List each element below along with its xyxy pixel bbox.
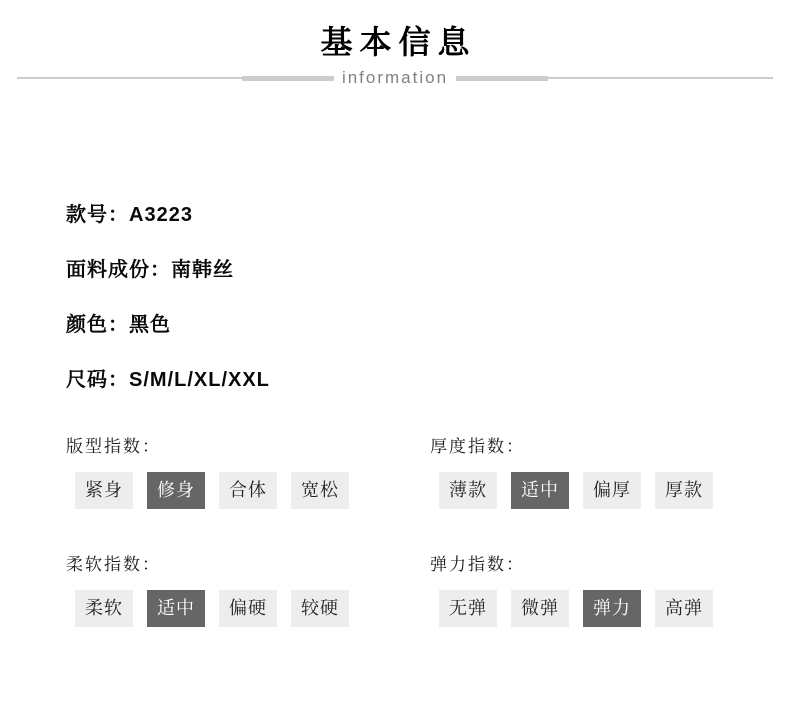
thickness-index-options: 薄款 适中 偏厚 厚款 (439, 472, 750, 509)
elasticity-index-options: 无弹 微弹 弹力 高弹 (439, 590, 750, 627)
section-title: 基本信息 (0, 22, 790, 62)
option-medium-softness[interactable]: 适中 (147, 590, 205, 627)
softness-index-group: 柔软指数： 柔软 适中 偏硬 较硬 (66, 555, 430, 627)
option-medium-thickness[interactable]: 适中 (511, 472, 569, 509)
option-thin[interactable]: 薄款 (439, 472, 497, 509)
fit-index-group: 版型指数： 紧身 修身 合体 宽松 (66, 437, 430, 509)
option-thick[interactable]: 厚款 (655, 472, 713, 509)
field-value: S/M/L/XL/XXL (129, 369, 270, 391)
option-regular-fit[interactable]: 合体 (219, 472, 277, 509)
field-value: 南韩丝 (171, 259, 234, 281)
softness-index-label: 柔软指数： (66, 555, 430, 575)
elasticity-index-label: 弹力指数： (430, 555, 750, 575)
option-stretch[interactable]: 弹力 (583, 590, 641, 627)
fit-index-label: 版型指数： (66, 437, 430, 457)
softness-index-options: 柔软 适中 偏硬 较硬 (75, 590, 430, 627)
elasticity-index-group: 弹力指数： 无弹 微弹 弹力 高弹 (430, 555, 750, 627)
option-loose[interactable]: 宽松 (291, 472, 349, 509)
product-specs: 款号：A3223 面料成份：南韩丝 颜色：黑色 尺码：S/M/L/XL/XXL … (0, 204, 790, 627)
field-style-number: 款号：A3223 (66, 204, 750, 226)
divider-bar-left (242, 76, 334, 81)
field-value: A3223 (129, 204, 193, 226)
field-size: 尺码：S/M/L/XL/XXL (66, 369, 750, 391)
option-slight-stretch[interactable]: 微弹 (511, 590, 569, 627)
header-divider: information (17, 68, 773, 88)
section-header: 基本信息 information (0, 0, 790, 88)
option-hard[interactable]: 较硬 (291, 590, 349, 627)
option-slim[interactable]: 修身 (147, 472, 205, 509)
field-label: 面料成份： (66, 259, 171, 281)
option-high-stretch[interactable]: 高弹 (655, 590, 713, 627)
thickness-index-group: 厚度指数： 薄款 适中 偏厚 厚款 (430, 437, 750, 509)
option-tight[interactable]: 紧身 (75, 472, 133, 509)
option-soft[interactable]: 柔软 (75, 590, 133, 627)
field-label: 款号： (66, 204, 129, 226)
option-slightly-thick[interactable]: 偏厚 (583, 472, 641, 509)
option-slightly-hard[interactable]: 偏硬 (219, 590, 277, 627)
field-value: 黑色 (129, 314, 171, 336)
field-label: 颜色： (66, 314, 129, 336)
field-label: 尺码： (66, 369, 129, 391)
option-no-stretch[interactable]: 无弹 (439, 590, 497, 627)
divider-bar-right (456, 76, 548, 81)
fit-index-options: 紧身 修身 合体 宽松 (75, 472, 430, 509)
index-groups: 版型指数： 紧身 修身 合体 宽松 厚度指数： 薄款 适中 偏厚 厚款 柔软 (66, 437, 750, 627)
divider-line-right (548, 77, 773, 79)
thickness-index-label: 厚度指数： (430, 437, 750, 457)
field-color: 颜色：黑色 (66, 314, 750, 336)
section-subtitle: information (342, 68, 448, 88)
field-fabric-composition: 面料成份：南韩丝 (66, 259, 750, 281)
product-basic-info-panel: 基本信息 information 款号：A3223 面料成份：南韩丝 颜色：黑色… (0, 0, 790, 711)
divider-line-left (17, 77, 242, 79)
